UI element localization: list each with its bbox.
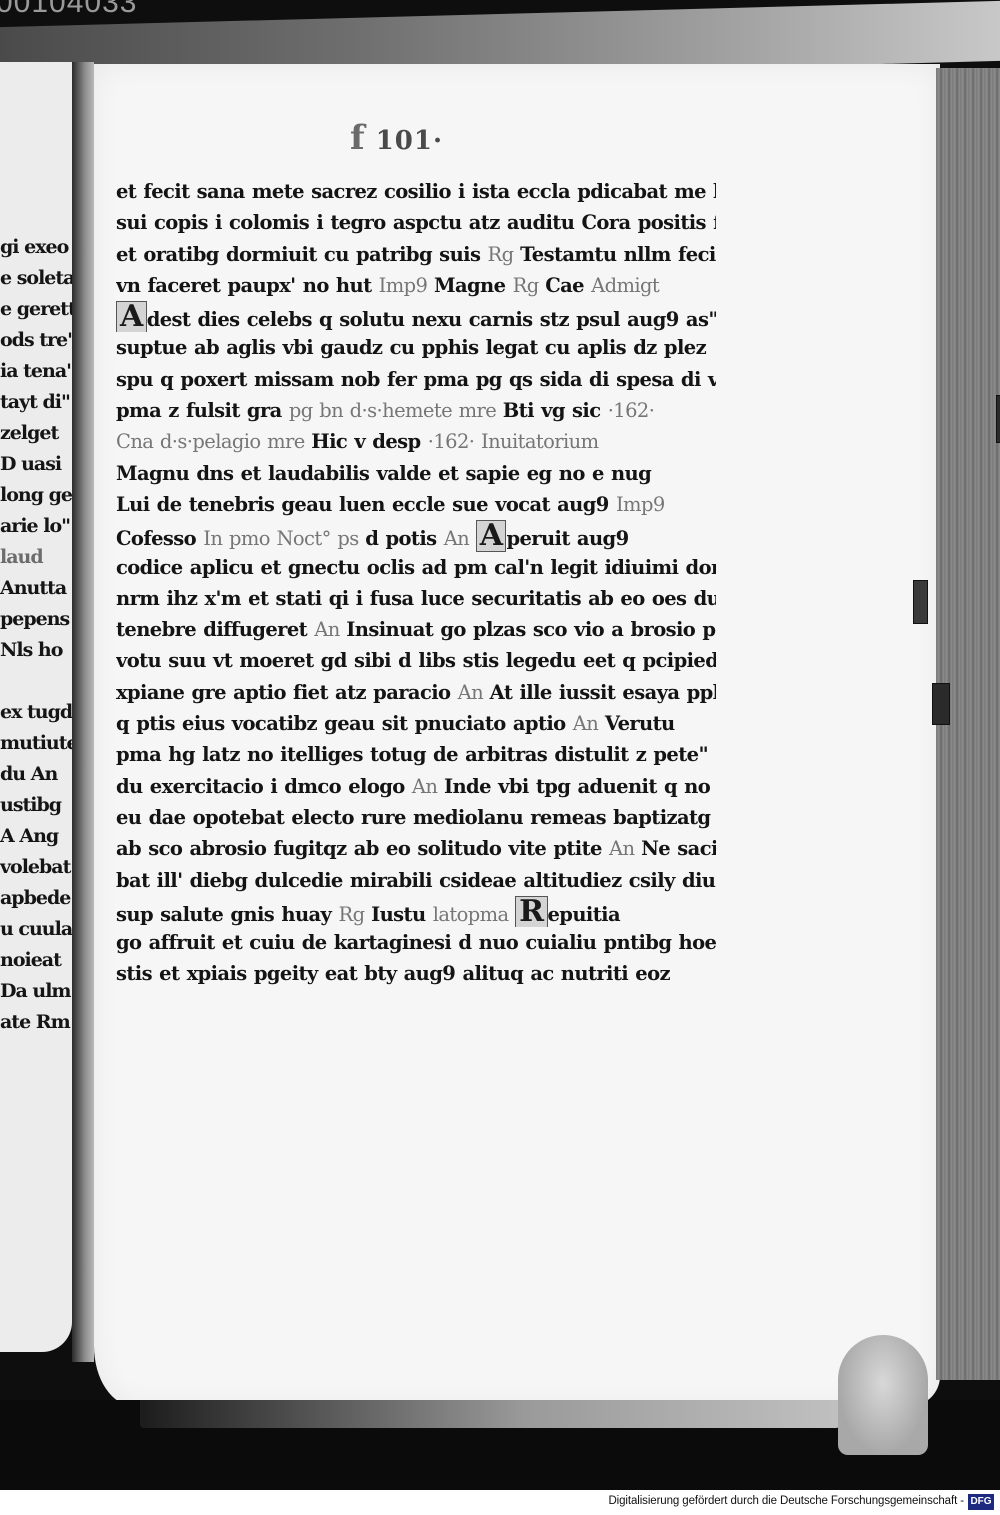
left-text-line: Da ulm	[0, 976, 72, 1007]
rubric-text: An	[314, 618, 346, 641]
body-text: Insinuat go plzas sco vio a brosio pns	[346, 618, 716, 641]
rubric-text: Rg	[488, 243, 521, 266]
text-line: xpiane gre aptio fiet atz paracio An At …	[116, 677, 716, 708]
text-line: go affruit et cuiu de kartaginesi d nuo …	[116, 927, 716, 958]
funding-credit: Digitalisierung gefördert durch die Deut…	[608, 1495, 964, 1507]
page-tab-marker	[932, 683, 950, 725]
body-text: xpiane gre aptio fiet atz paracio	[116, 681, 458, 704]
rubric-text: An	[573, 712, 605, 735]
scan-id-label: 00104033	[0, 0, 137, 20]
body-text: Magnu dns et laudabilis valde et sapie e…	[116, 462, 651, 485]
body-text: bat ill' diebg dulcedie mirabili csideae…	[116, 869, 716, 892]
text-line: Magnu dns et laudabilis valde et sapie e…	[116, 458, 716, 489]
left-text-line: u cuulat	[0, 914, 72, 945]
text-line: Cofesso In pmo Noct° ps d potis An Aperu…	[116, 520, 716, 551]
body-text: Ne sacia"	[641, 837, 716, 860]
page-tab-marker	[913, 580, 928, 624]
text-line: bat ill' diebg dulcedie mirabili csideae…	[116, 865, 716, 896]
text-line: eu dae opotebat electo rure mediolanu re…	[116, 802, 716, 833]
rubric-text: Rg	[513, 274, 546, 297]
decorated-initial: A	[476, 520, 507, 551]
left-text-line: laud	[0, 542, 72, 573]
body-text: suptue ab aglis vbi gaudz cu pphis legat…	[116, 336, 706, 359]
body-text: go affruit et cuiu de kartaginesi d nuo …	[116, 931, 716, 954]
body-text: codice aplicu et gnectu oclis ad pm cal'…	[116, 556, 716, 579]
left-text-line: gi exeo	[0, 232, 72, 263]
body-text: Hic v desp	[311, 430, 427, 453]
folio-number: f 101·	[350, 118, 443, 158]
text-line: Cna d·s·pelagio mre Hic v desp ·162· Inu…	[116, 426, 716, 457]
body-text: vn faceret paupx' no hut	[116, 274, 379, 297]
page-bottom-edge	[140, 1400, 840, 1428]
left-page-verso: gi exeoe soleta"e gerettoods tre"ia tena…	[0, 62, 72, 1352]
text-line: sup salute gnis huay Rg Iustu latopma Re…	[116, 896, 716, 927]
folio-prefix: f	[350, 118, 366, 158]
text-line: Lui de tenebris geau luen eccle sue voca…	[116, 489, 716, 520]
body-text: sup salute gnis huay	[116, 903, 338, 926]
text-line: pma hg latz no itelliges totug de arbitr…	[116, 739, 716, 770]
left-text-line: apbede	[0, 883, 72, 914]
body-text: Iustu	[371, 903, 433, 926]
body-text: Cofesso	[116, 527, 203, 550]
body-text: At ille iussit esaya pphaz	[490, 681, 716, 704]
text-line: tenebre diffugeret An Insinuat go plzas …	[116, 614, 716, 645]
text-line: vn faceret paupx' no hut Imp9 Magne Rg C…	[116, 270, 716, 301]
text-line: du exercitacio i dmco elogo An Inde vbi …	[116, 771, 716, 802]
left-text-line: D uasi	[0, 449, 72, 480]
rubric-text: An	[609, 837, 641, 860]
body-text: du exercitacio i dmco elogo	[116, 775, 412, 798]
body-text: dest dies celebs q solutu nexu carnis st…	[147, 308, 716, 331]
left-text-line: mutiute	[0, 728, 72, 759]
left-text-line: ustibg	[0, 790, 72, 821]
text-line: votu suu vt moeret gd sibi d libs stis l…	[116, 645, 716, 676]
body-text: Cae	[545, 274, 591, 297]
text-line: q ptis eius vocatibz geau sit pnuciato a…	[116, 708, 716, 739]
left-text-line: ods tre"	[0, 325, 72, 356]
left-text-line: volebat	[0, 852, 72, 883]
body-text: pma hg latz no itelliges totug de arbitr…	[116, 743, 708, 766]
body-text: spu q poxert missam nob fer pma pg qs si…	[116, 368, 716, 391]
text-line: nrm ihz x'm et stati qi i fusa luce secu…	[116, 583, 716, 614]
rubric-text: An	[458, 681, 490, 704]
rubric-text: An	[444, 527, 476, 550]
text-line: codice aplicu et gnectu oclis ad pm cal'…	[116, 552, 716, 583]
left-text-line: arie lo"	[0, 511, 72, 542]
body-text: et fecit sana mete sacrez cosilio i ista…	[116, 180, 716, 203]
left-text-line: ate Rm	[0, 1007, 72, 1038]
footer: Digitalisierung gefördert durch die Deut…	[0, 1490, 1000, 1515]
holding-thumb	[838, 1335, 928, 1455]
body-text: Inde vbi tpg aduenit q no	[444, 775, 710, 798]
rubric-text: Cna d·s·pelagio mre	[116, 430, 311, 453]
text-line: spu q poxert missam nob fer pma pg qs si…	[116, 364, 716, 395]
left-page-text: gi exeoe soleta"e gerettoods tre"ia tena…	[0, 232, 72, 1038]
text-line: et oratibg dormiuit cu patribg suis Rg T…	[116, 239, 716, 270]
dfg-logo: DFG	[968, 1494, 994, 1510]
text-line: sui copis i colomis i tegro aspctu atz a…	[116, 207, 716, 238]
left-text-line: e geretto	[0, 294, 72, 325]
text-line: ab sco abrosio fugitqz ab eo solitudo vi…	[116, 833, 716, 864]
book-scan: 00104033 gi exeoe soleta"e gerettoods tr…	[0, 0, 1000, 1490]
rubric-text: An	[412, 775, 444, 798]
decorated-initial: A	[116, 301, 147, 332]
rubric-text: ·162·	[608, 399, 655, 422]
left-text-line: long ge	[0, 480, 72, 511]
body-text: epuitia	[548, 903, 620, 926]
page-tab-marker	[996, 395, 1000, 443]
rubric-text: ·162· Inuitatorium	[428, 430, 599, 453]
left-text-line: ia tena"	[0, 356, 72, 387]
left-text-line: tayt di"	[0, 387, 72, 418]
body-text: Testamtu nllm fecit qz	[520, 243, 716, 266]
rubric-text: latopma	[433, 903, 515, 926]
text-line: pma z fulsit gra pg bn d·s·hemete mre Bt…	[116, 395, 716, 426]
main-text-block: et fecit sana mete sacrez cosilio i ista…	[116, 176, 716, 990]
body-text: Bti vg sic	[503, 399, 608, 422]
left-text-line: e soleta"	[0, 263, 72, 294]
left-text-line: Nls ho	[0, 635, 72, 666]
body-text: ab sco abrosio fugitqz ab eo solitudo vi…	[116, 837, 609, 860]
left-text-line: A Ang	[0, 821, 72, 852]
body-text: eu dae opotebat electo rure mediolanu re…	[116, 806, 716, 829]
rubric-text: Imp9	[616, 493, 665, 516]
body-text: tenebre diffugeret	[116, 618, 314, 641]
body-text: votu suu vt moeret gd sibi d libs stis l…	[116, 649, 716, 672]
rubric-text: Rg	[338, 903, 371, 926]
body-text: Lui de tenebris geau luen eccle sue voca…	[116, 493, 616, 516]
body-text: pma z fulsit gra	[116, 399, 289, 422]
left-text-line: noieat	[0, 945, 72, 976]
gutter	[72, 62, 94, 1362]
left-text-line: pepens	[0, 604, 72, 635]
decorated-initial: R	[515, 896, 547, 927]
left-text-line: Anutta	[0, 573, 72, 604]
left-text-line: zelget	[0, 418, 72, 449]
folio-suffix: ·	[433, 126, 443, 156]
left-text-line: ex tugd	[0, 697, 72, 728]
body-text: d potis	[365, 527, 443, 550]
text-line: et fecit sana mete sacrez cosilio i ista…	[116, 176, 716, 207]
rubric-text: Admigt	[591, 274, 659, 297]
body-text: Verutu	[605, 712, 675, 735]
body-text: Magne	[434, 274, 513, 297]
text-line: suptue ab aglis vbi gaudz cu pphis legat…	[116, 332, 716, 363]
text-line: stis et xpiais pgeity eat bty aug9 alitu…	[116, 958, 716, 989]
rubric-text: pg bn d·s·hemete mre	[289, 399, 503, 422]
body-text: nrm ihz x'm et stati qi i fusa luce secu…	[116, 587, 716, 610]
body-text: et oratibg dormiuit cu patribg suis	[116, 243, 488, 266]
left-text-line: du An	[0, 759, 72, 790]
body-text: q ptis eius vocatibz geau sit pnuciato a…	[116, 712, 573, 735]
body-text: sui copis i colomis i tegro aspctu atz a…	[116, 211, 716, 234]
left-text-line	[0, 666, 72, 697]
rubric-text: In pmo Noct° ps	[203, 527, 365, 550]
rubric-text: Imp9	[379, 274, 434, 297]
text-line: Adest dies celebs q solutu nexu carnis s…	[116, 301, 716, 332]
body-text: stis et xpiais pgeity eat bty aug9 alitu…	[116, 962, 670, 985]
body-text: peruit aug9	[506, 527, 628, 550]
folio-value: 101	[376, 126, 433, 156]
